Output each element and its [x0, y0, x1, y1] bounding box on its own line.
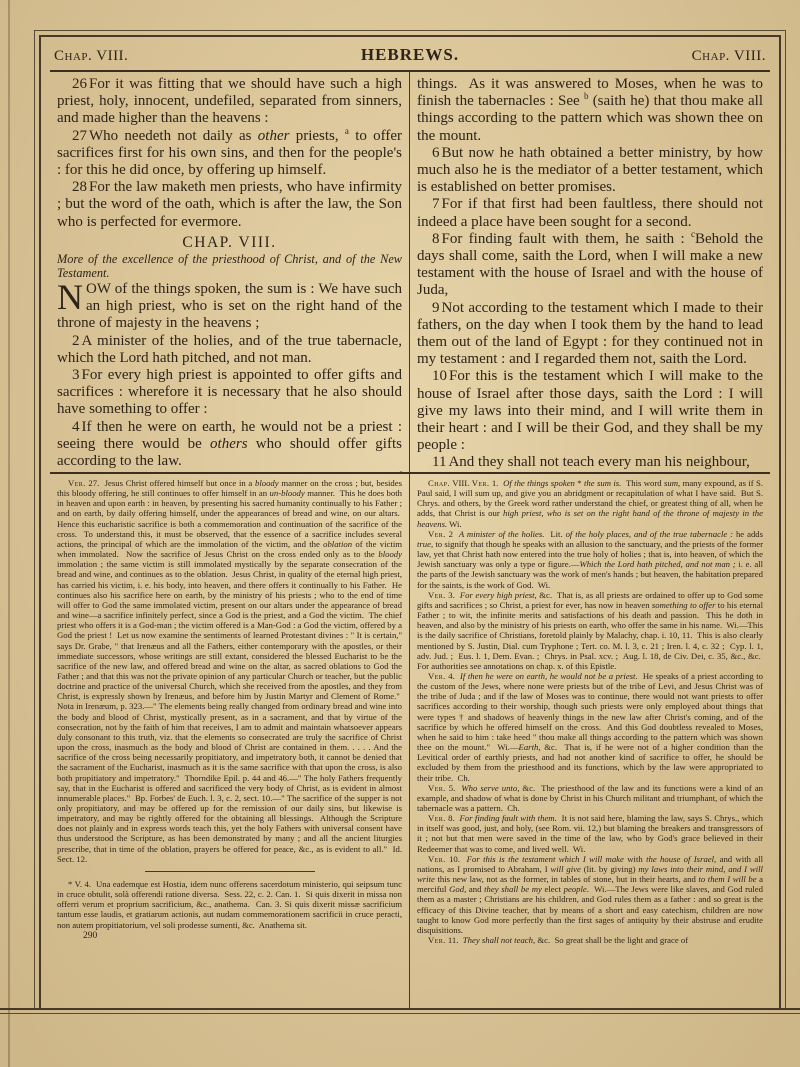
- drop-cap: N: [57, 281, 86, 312]
- bottom-rule-thin: [0, 1013, 800, 1014]
- verse-4: 4If then he were on earth, he would not …: [57, 419, 402, 471]
- commentary-ver-11: Ver. 11. They shall not teach, &c. So gr…: [417, 935, 763, 945]
- verse-3: 3For every high priest is appointed to o…: [57, 367, 402, 419]
- commentary-ver-27: Ver. 27. Jesus Christ offered himself bu…: [57, 478, 402, 864]
- bottom-rule: [0, 1008, 800, 1010]
- verse-5-continued: things. As it was answered to Moses, whe…: [417, 76, 763, 145]
- header-chapter-left: Chap. VIII.: [54, 48, 128, 65]
- verse-6: 6But now he hath obtained a better minis…: [417, 145, 763, 197]
- verse-26: 26For it was fitting that we should have…: [57, 76, 402, 128]
- verse-2: 2A minister of the holies, and of the tr…: [57, 333, 402, 367]
- verse-1: NOW of the things spoken, the sum is : W…: [57, 281, 402, 333]
- commentary-ver-3: Ver. 3. For every high priest, &c. That …: [417, 590, 763, 671]
- verse-9: 9Not according to the testament which I …: [417, 300, 763, 369]
- verse-7: 7For if that first had been faultless, t…: [417, 196, 763, 230]
- commentary-ver-10: Ver. 10. For this is the testament which…: [417, 854, 763, 935]
- page-frame: Chap. VIII. HEBREWS. Chap. VIII. 26For i…: [34, 30, 786, 1009]
- header-book-title: HEBREWS.: [361, 45, 459, 65]
- latin-footnote: * V. 4. Una eademque est Hostia, idem nu…: [57, 879, 402, 930]
- commentary-column-right: Chap. VIII. Ver. 1. Of the things spoken…: [410, 474, 770, 1009]
- commentary-section: Ver. 27. Jesus Christ offered himself bu…: [50, 474, 770, 1009]
- commentary-chap8-ver-1: Chap. VIII. Ver. 1. Of the things spoken…: [417, 478, 763, 529]
- commentary-ver-8: Ver. 8. For finding fault with them. It …: [417, 813, 763, 854]
- verse-10: 10For this is the testament which I will…: [417, 368, 763, 454]
- verse-8: 8For finding fault with them, he saith :…: [417, 231, 763, 300]
- scripture-column-left: 26For it was fitting that we should have…: [50, 72, 410, 472]
- chapter-argument: More of the excellence of the priesthood…: [57, 252, 402, 280]
- chapter-heading: CHAP. VIII.: [57, 234, 402, 251]
- scripture-section: 26For it was fitting that we should have…: [50, 72, 770, 472]
- footnote-separator-rule: [145, 871, 315, 872]
- verse-5: 5Who serve unto the example and shadow o…: [57, 470, 402, 472]
- page-frame-inner: Chap. VIII. HEBREWS. Chap. VIII. 26For i…: [39, 35, 781, 1009]
- running-header: Chap. VIII. HEBREWS. Chap. VIII.: [50, 37, 770, 72]
- commentary-column-left: Ver. 27. Jesus Christ offered himself bu…: [50, 474, 410, 1009]
- page-number: 290: [83, 931, 402, 941]
- commentary-ver-4: Ver. 4. If then he were on earth, he wou…: [417, 671, 763, 783]
- verse-27: 27Who needeth not daily as other priests…: [57, 128, 402, 180]
- page-edge-shadow: [8, 0, 10, 1067]
- commentary-ver-5: Ver. 5. Who serve unto, &c. The priestho…: [417, 783, 763, 813]
- header-chapter-right: Chap. VIII.: [692, 48, 766, 65]
- verse-11: 11And they shall not teach every man his…: [417, 454, 763, 471]
- scripture-column-right: things. As it was answered to Moses, whe…: [410, 72, 770, 472]
- commentary-ver-2: Ver. 2 A minister of the holies. Lit. of…: [417, 529, 763, 590]
- verse-28: 28For the law maketh men priests, who ha…: [57, 179, 402, 231]
